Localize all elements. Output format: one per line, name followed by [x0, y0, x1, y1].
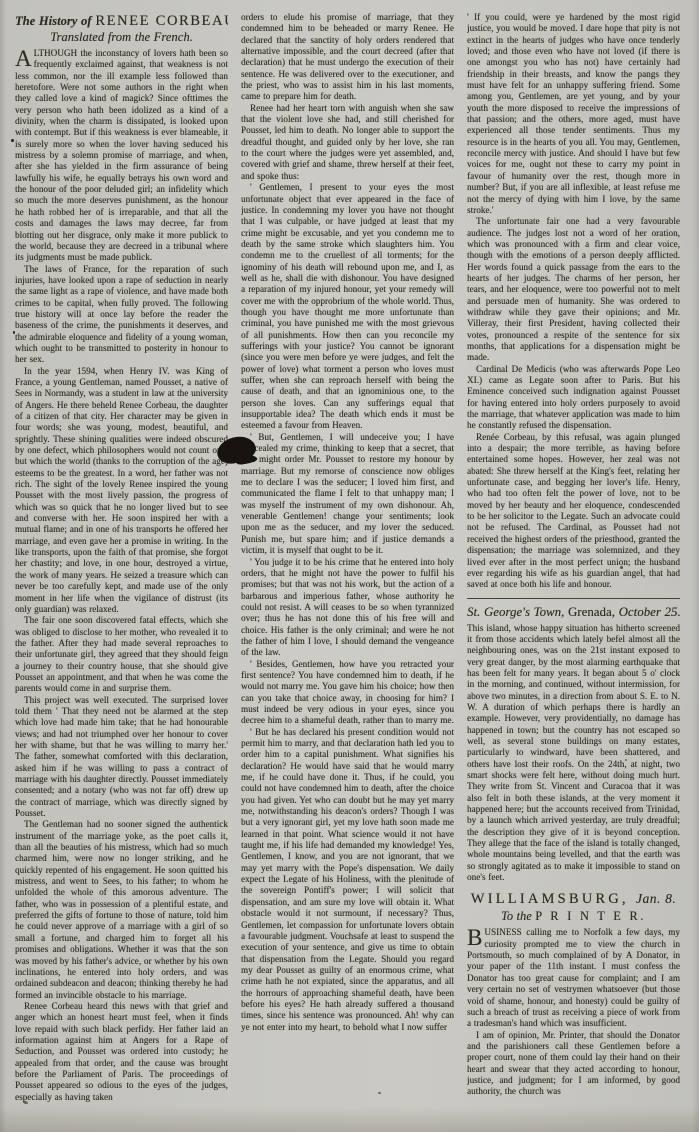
paragraph: In the year 1594, when Henry IV. was Kin… [15, 366, 228, 616]
salutation-name: P R I N T E R. [535, 909, 646, 923]
paragraph: ' You judge it to be his crime that he e… [241, 557, 454, 659]
section-divider-rule [467, 598, 680, 599]
paragraph: The fair one soon discovered fatal effec… [15, 615, 228, 694]
grenada-location: Grenada, [568, 605, 615, 619]
salutation-prefix: To the [501, 909, 532, 923]
ink-speck [620, 566, 623, 569]
paragraph-text: USINESS calling me to Norfolk a few days… [467, 927, 680, 1028]
paragraph: Renée Corbeau, by this refusal, was agai… [467, 432, 680, 591]
ink-speck [378, 1092, 381, 1094]
paragraph: ' But, Gentlemen, I will undeceive you; … [241, 432, 454, 557]
article-title: The History of RENEE CORBEAU. [15, 12, 228, 30]
paragraph: Cardinal De Medicis (who was afterwards … [467, 364, 680, 432]
grenada-place: St. George's Town, [467, 605, 564, 619]
ink-speck [11, 139, 14, 142]
paragraph: Renee Corbeau heard this news with that … [15, 1001, 228, 1103]
column-right: ' If you could, were ye hardened by the … [467, 12, 680, 1122]
paragraph: The laws of France, for the reparation o… [15, 264, 228, 366]
article-title-name: RENEE CORBEAU. [95, 13, 228, 29]
paragraph: This project was well executed. The surp… [15, 695, 228, 820]
paragraph: Renee had her heart torn with anguish wh… [241, 103, 454, 182]
paragraph: BUSINESS calling me to Norfolk a few day… [467, 927, 680, 1029]
column-left: The History of RENEE CORBEAU. Translated… [15, 12, 228, 1122]
column-middle: orders to elude his promise of marriage,… [241, 12, 454, 1122]
to-the-printer-salutation: To the P R I N T E R. [467, 909, 680, 924]
ink-speck [13, 331, 15, 334]
ink-speck [625, 759, 627, 761]
paragraph: The unfortunate fair one had a very favo… [467, 216, 680, 363]
paragraph: ' But he has declared his present condit… [241, 727, 454, 1033]
paragraph: ' Gentlemen, I present to your eyes the … [241, 182, 454, 432]
grenada-dateline-heading: St. George's Town, Grenada, October 25. [467, 604, 680, 620]
williamsburg-date: Jan. 8. [636, 891, 676, 906]
paragraph: This island, whose happy situation has h… [467, 623, 680, 884]
grenada-date: October 25. [619, 605, 680, 619]
drop-cap-letter: B [467, 927, 484, 947]
paragraph: ' If you could, were ye hardened by the … [467, 12, 680, 216]
article-subtitle: Translated from the French. [15, 30, 228, 45]
paragraph: ' Besides, Gentlemen, how have you retra… [241, 659, 454, 727]
paragraph: orders to elude his promise of marriage,… [241, 12, 454, 103]
williamsburg-dateline-heading: WILLIAMSBURG, Jan. 8. [467, 890, 680, 908]
williamsburg-place: WILLIAMSBURG, [471, 891, 629, 907]
paragraph-text: LTHOUGH the inconstancy of lovers hath b… [15, 48, 228, 262]
article-title-prefix: The History of [15, 14, 92, 28]
paragraph: I am of opinion, Mr. Printer, that shoul… [467, 1030, 680, 1098]
paragraph: ALTHOUGH the inconstancy of lovers hath … [15, 48, 228, 264]
masthead: The History of RENEE CORBEAU. Translated… [15, 12, 228, 45]
column-layout: The History of RENEE CORBEAU. Translated… [0, 0, 699, 1122]
drop-cap-letter: A [15, 48, 34, 68]
newspaper-page: The History of RENEE CORBEAU. Translated… [0, 0, 699, 1132]
paragraph: The Gentleman had no sooner signed the a… [15, 819, 228, 1001]
